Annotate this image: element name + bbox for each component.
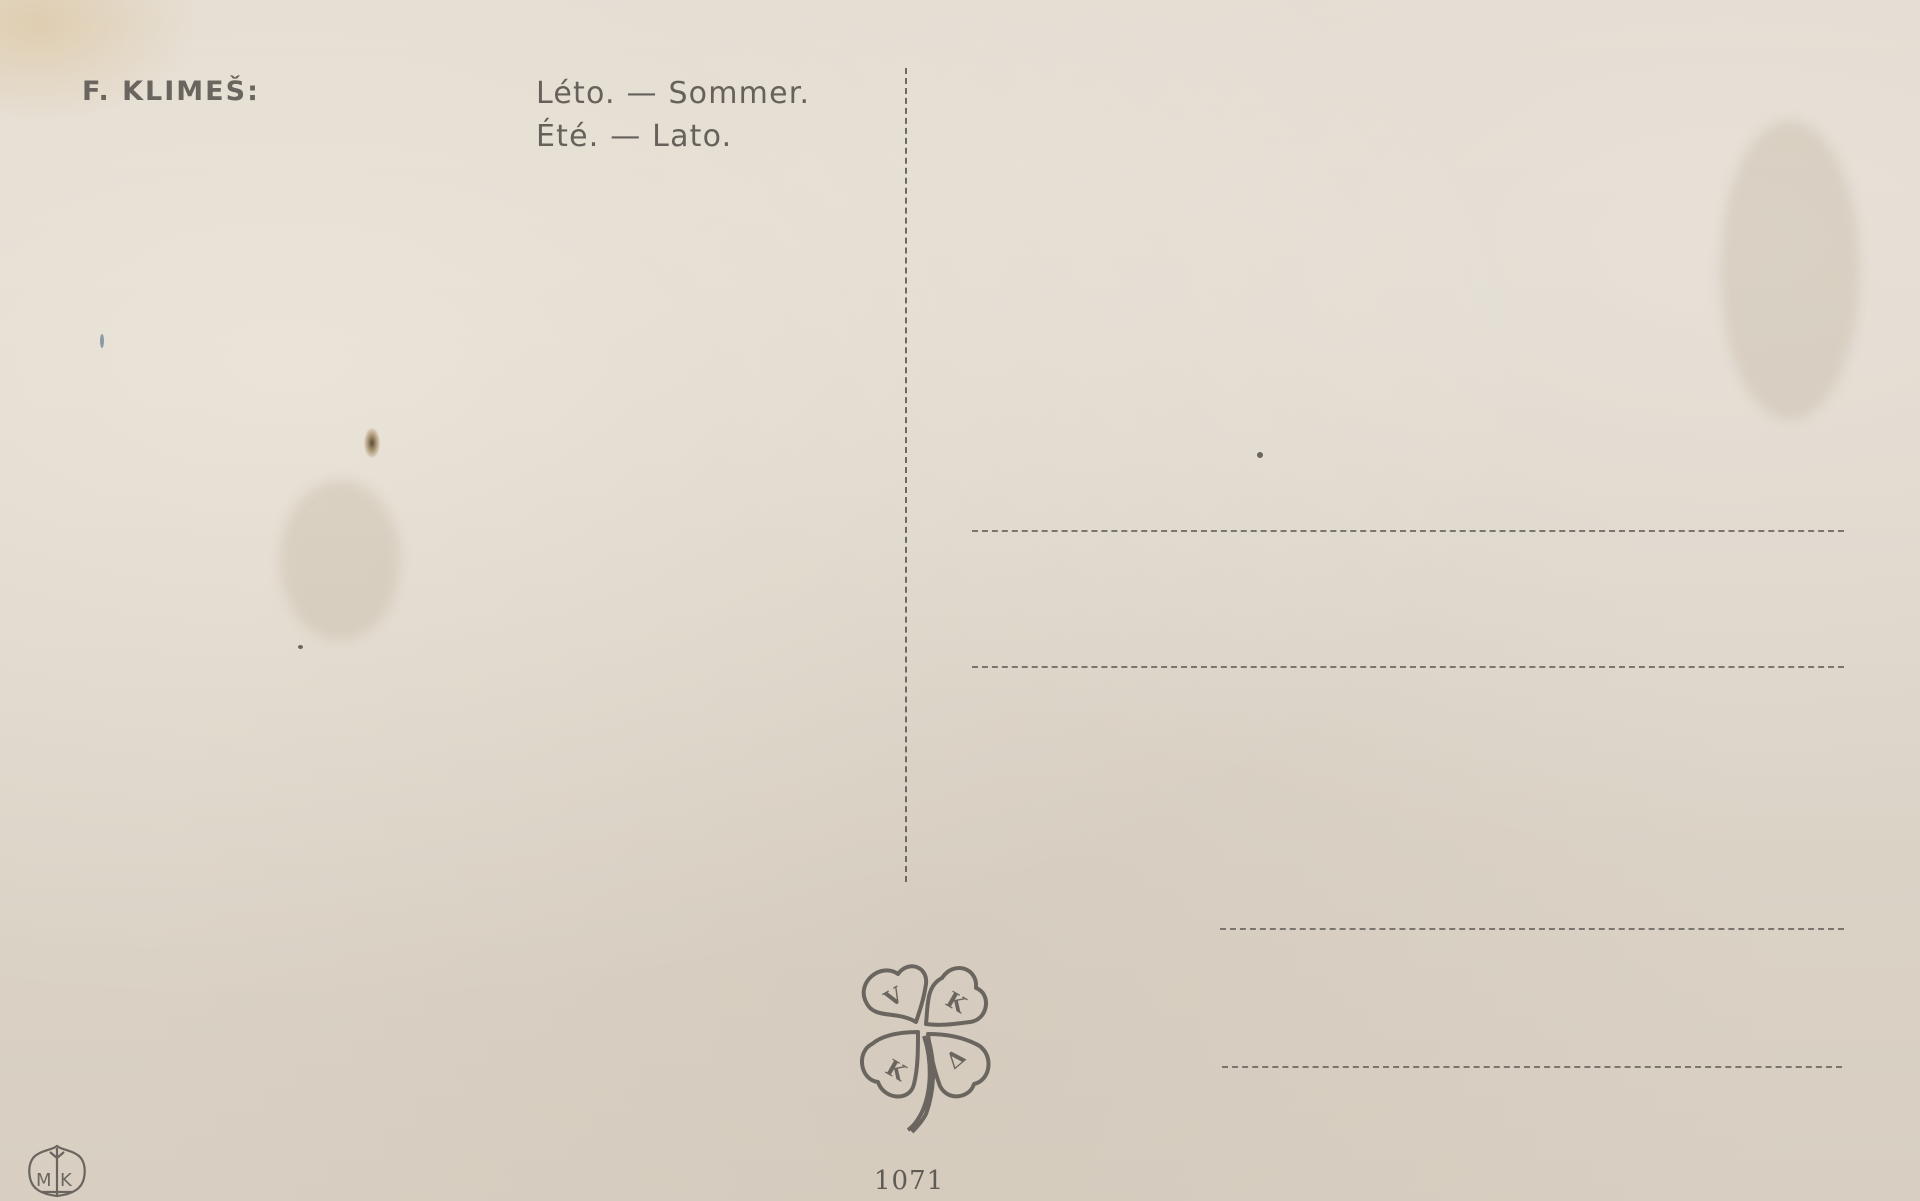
publisher-name: F. KLIMEŠ: (82, 76, 260, 107)
title-line-1: Léto. — Sommer. (536, 72, 810, 115)
svg-text:K: K (941, 987, 971, 1020)
address-line-2 (972, 666, 1844, 668)
postcard-back: F. KLIMEŠ: Léto. — Sommer. Été. — Lato. … (0, 0, 1920, 1201)
paper-smudge (1720, 120, 1860, 420)
svg-text:K: K (881, 1055, 911, 1088)
mk-leaf-logo-icon: M K (24, 1142, 90, 1198)
paper-smudge (280, 480, 400, 640)
svg-text:V: V (879, 982, 908, 1014)
address-line-1 (972, 530, 1844, 532)
paper-speck (100, 334, 104, 348)
address-line-3 (1220, 928, 1844, 930)
card-title: Léto. — Sommer. Été. — Lato. (536, 72, 810, 158)
title-line-2: Été. — Lato. (536, 115, 810, 158)
svg-text:Δ: Δ (941, 1044, 971, 1075)
svg-text:K: K (60, 1170, 73, 1191)
address-line-4 (1222, 1066, 1842, 1068)
paper-speck (298, 645, 303, 649)
series-number: 1071 (874, 1166, 944, 1196)
ink-stain (364, 428, 380, 458)
paper-speck (1257, 452, 1263, 458)
center-divider-dashed (905, 68, 907, 882)
four-leaf-clover-icon: V K K Δ (836, 940, 1006, 1140)
svg-text:M: M (36, 1170, 52, 1191)
